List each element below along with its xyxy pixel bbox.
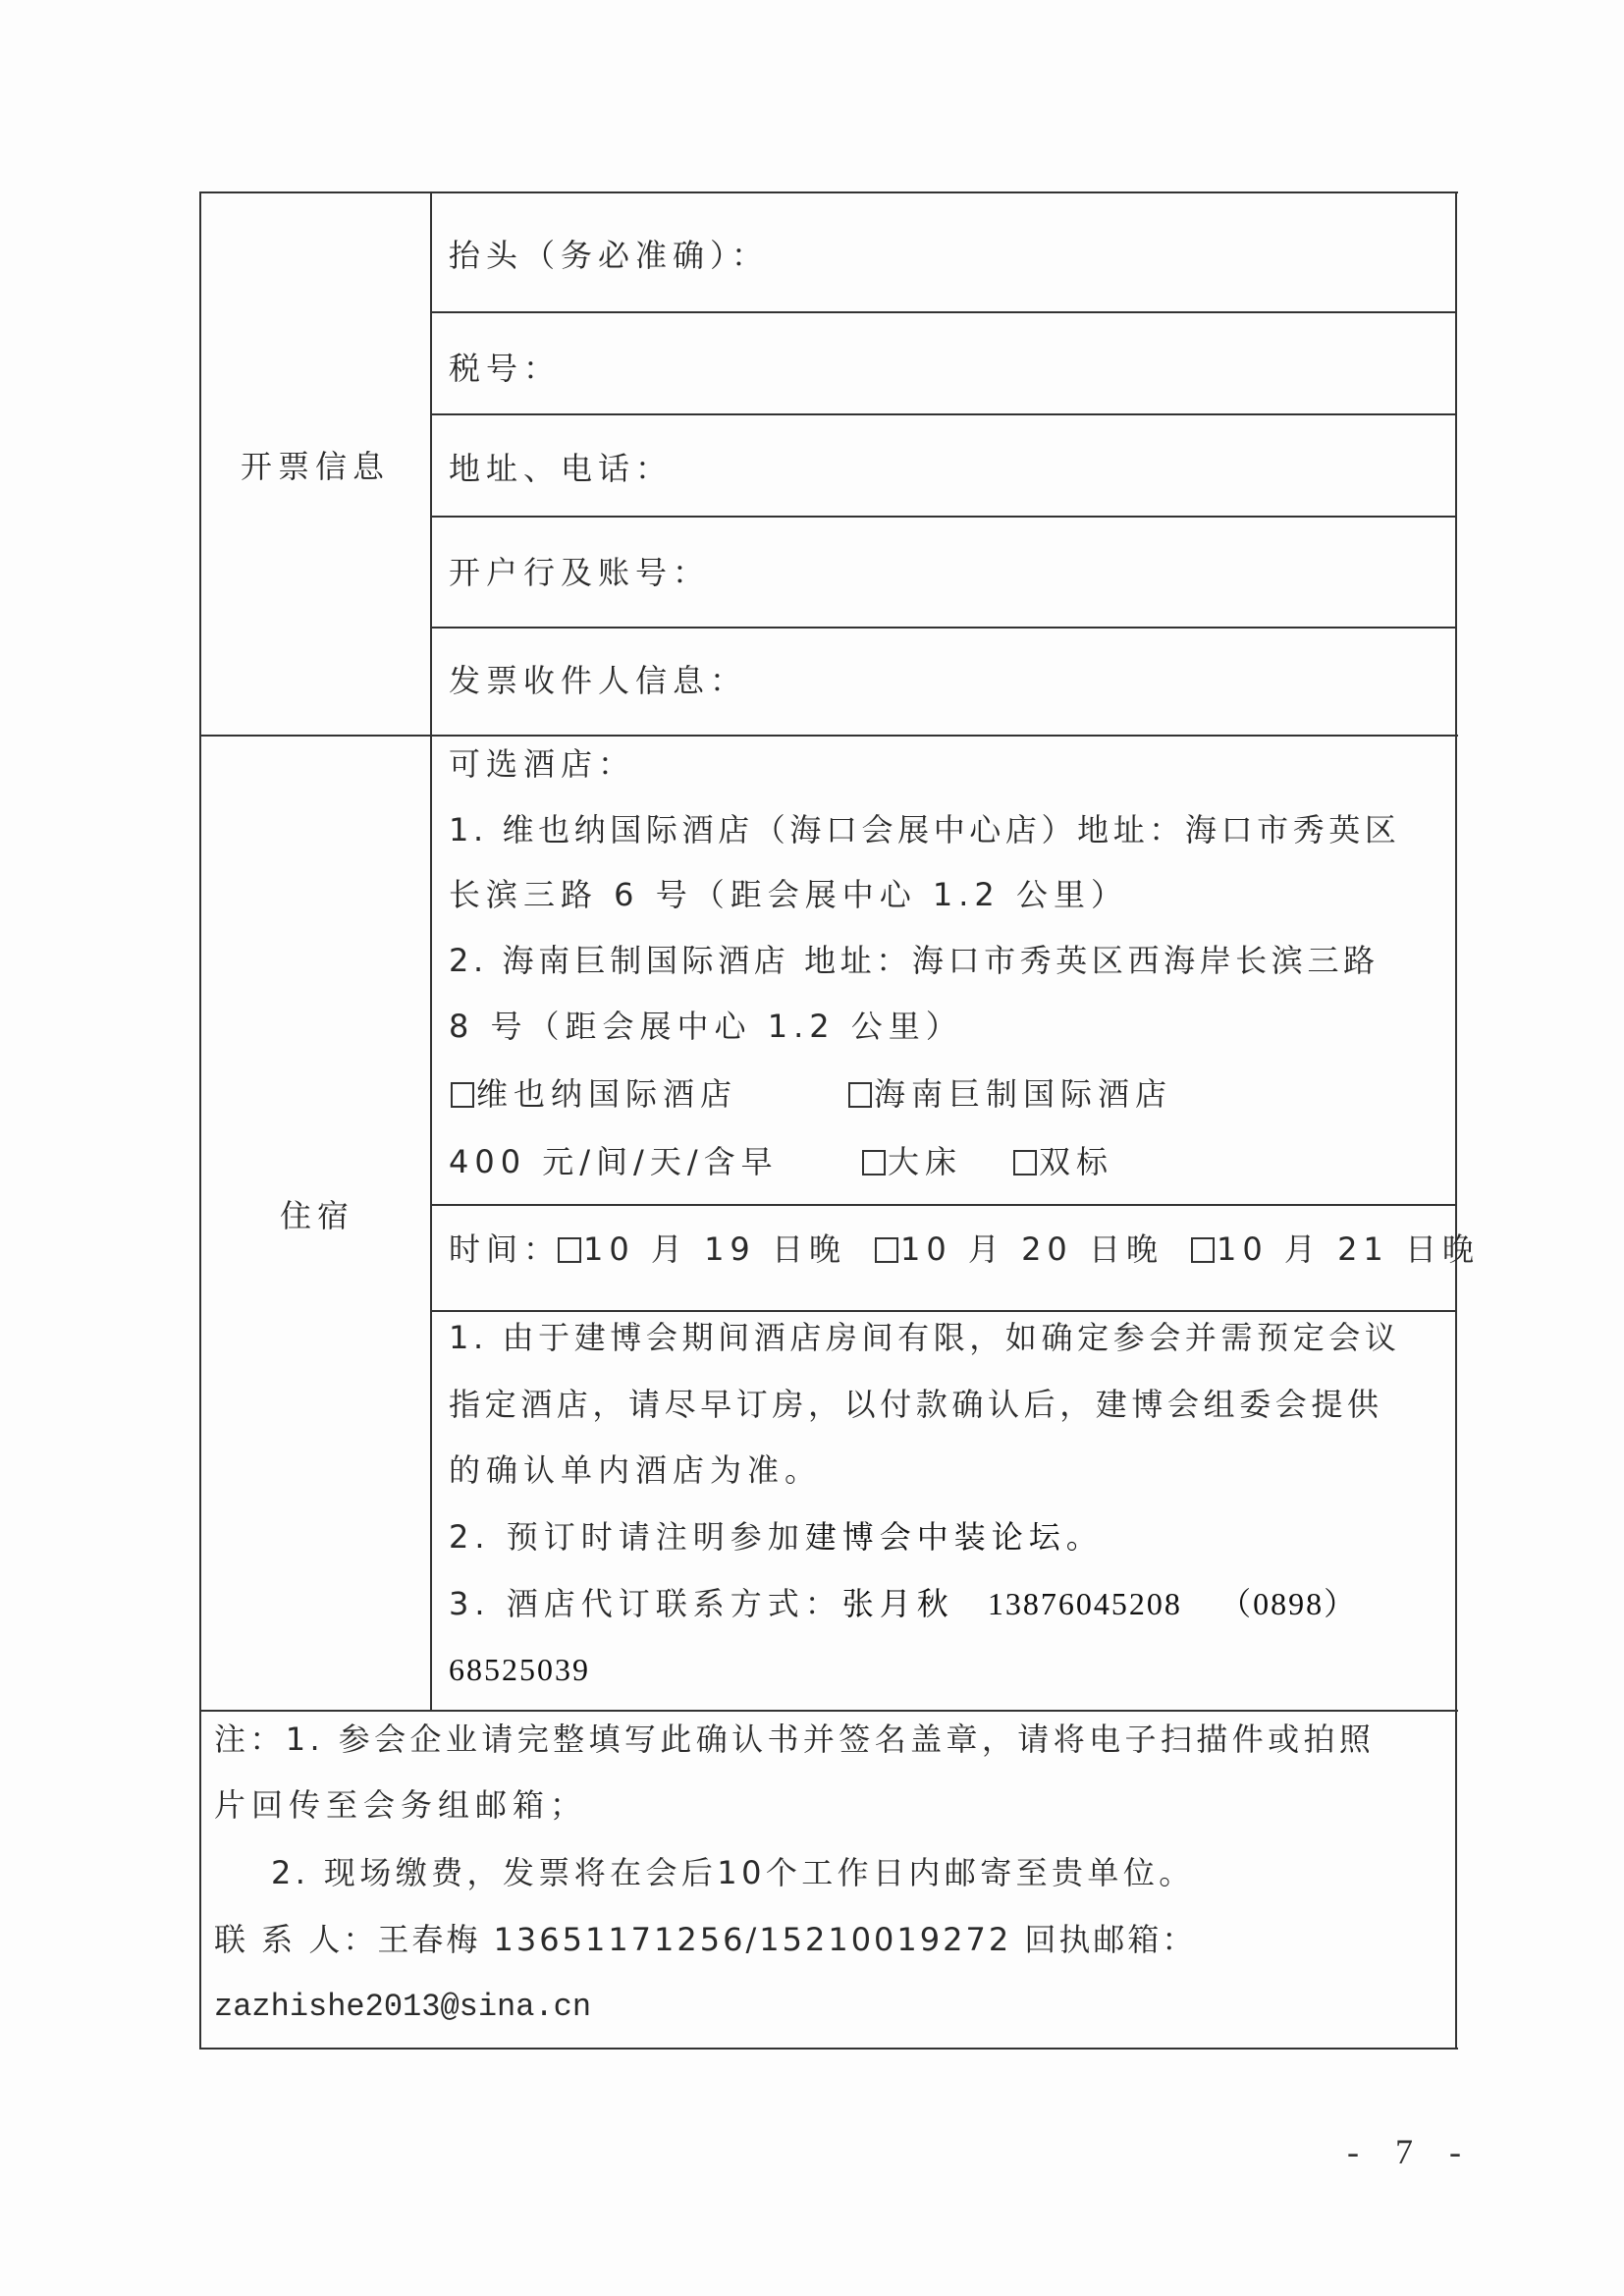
section-divider	[200, 1710, 1458, 1712]
checkbox[interactable]	[875, 1237, 898, 1263]
hotel-line: 2. 海南巨制国际酒店 地址：海口市秀英区西海岸长滨三路	[449, 941, 1380, 980]
hotel-option-label: 维也纳国际酒店	[476, 1075, 737, 1113]
table-right-border	[1455, 191, 1457, 2050]
lodging-note-2: 2. 预订时请注明参加建博会中装论坛。	[449, 1517, 1104, 1557]
hotel-line: 1. 维也纳国际酒店（海口会展中心店）地址：海口市秀英区	[449, 810, 1401, 849]
table-bottom-border	[200, 2048, 1458, 2050]
lodging-section-label: 住宿	[280, 1196, 354, 1235]
checkbox[interactable]	[1013, 1150, 1037, 1175]
lodging-note: 指定酒店，请尽早订房，以付款确认后，建博会组委会提供	[449, 1385, 1383, 1424]
label-column-divider	[430, 191, 432, 1711]
checkbox[interactable]	[1191, 1237, 1215, 1263]
hotel-option-hainan[interactable]: 海南巨制国际酒店	[848, 1074, 1172, 1114]
lodging-note: 1. 由于建博会期间酒店房间有限，如确定参会并需预定会议	[449, 1318, 1401, 1357]
room-price: 400 元/间/天/含早	[449, 1142, 779, 1181]
footer-note-line: 2. 现场缴费，发票将在会后10个工作日内邮寄至贵单位。	[271, 1853, 1195, 1892]
night-option-19[interactable]: 10 月 19 日晚	[558, 1230, 846, 1269]
night-option-20[interactable]: 10 月 20 日晚	[875, 1230, 1164, 1269]
note-text: 2. 预订时请注明参加	[449, 1518, 805, 1556]
row-divider	[430, 1204, 1457, 1206]
row-divider	[430, 413, 1457, 415]
footer-note-line: 注：1. 参会企业请完整填写此确认书并签名盖章，请将电子扫描件或拍照	[214, 1720, 1375, 1759]
hotel-line: 8 号（距会展中心 1.2 公里）	[449, 1007, 963, 1046]
hotel-line: 长滨三路 6 号（距会展中心 1.2 公里）	[449, 875, 1128, 914]
contact-phone: 13876045208	[988, 1586, 1182, 1621]
room-type-twin[interactable]: 双标	[1013, 1142, 1113, 1181]
forum-name: 建博会中装论坛。	[805, 1518, 1104, 1556]
invoice-recipient-field[interactable]: 发票收件人信息：	[449, 661, 747, 700]
hotel-option-vienna[interactable]: 维也纳国际酒店	[451, 1074, 737, 1114]
tax-id-field[interactable]: 税号：	[449, 349, 561, 388]
bank-account-field[interactable]: 开户行及账号：	[449, 553, 710, 592]
table-left-border	[199, 191, 201, 2050]
stay-time-label: 时间：	[449, 1230, 561, 1269]
note-text: 3. 酒店代订联系方式：	[449, 1585, 842, 1622]
area-code: （0898）	[1219, 1586, 1357, 1621]
room-type-label: 双标	[1039, 1143, 1113, 1180]
night-label: 10 月 21 日晚	[1217, 1230, 1480, 1268]
night-option-21[interactable]: 10 月 21 日晚	[1191, 1230, 1480, 1269]
row-divider	[430, 627, 1457, 629]
checkbox[interactable]	[848, 1082, 872, 1108]
footer-note-line: 片回传至会务组邮箱；	[214, 1785, 587, 1825]
row-divider	[430, 516, 1457, 518]
table-top-border	[200, 191, 1458, 193]
section-divider	[200, 735, 1458, 737]
row-divider	[430, 1310, 1457, 1312]
invoice-title-field[interactable]: 抬头（务必准确）：	[449, 236, 769, 275]
contact-line: 联 系 人：王春梅 13651171256/15210019272 回执邮箱：	[214, 1920, 1196, 1959]
checkbox[interactable]	[862, 1150, 886, 1175]
lodging-note: 的确认单内酒店为准。	[449, 1450, 822, 1490]
hotels-heading: 可选酒店：	[449, 744, 635, 784]
night-label: 10 月 19 日晚	[583, 1230, 846, 1268]
contact-landline: 68525039	[449, 1650, 590, 1689]
hotel-option-label: 海南巨制国际酒店	[874, 1075, 1172, 1113]
invoice-section-label: 开票信息	[241, 447, 390, 486]
night-label: 10 月 20 日晚	[900, 1230, 1164, 1268]
room-type-label: 大床	[888, 1143, 962, 1180]
reply-email[interactable]: zazhishe2013@sina.cn	[214, 1988, 591, 2027]
lodging-note-3: 3. 酒店代订联系方式：张月秋 13876045208 （0898）	[449, 1584, 1357, 1623]
checkbox[interactable]	[451, 1082, 474, 1108]
address-phone-field[interactable]: 地址、电话：	[449, 449, 673, 488]
room-type-king[interactable]: 大床	[862, 1142, 962, 1181]
row-divider	[430, 311, 1457, 313]
page-number: - 7 -	[1347, 2131, 1475, 2172]
contact-name: 张月秋	[842, 1585, 954, 1622]
checkbox[interactable]	[558, 1237, 581, 1263]
